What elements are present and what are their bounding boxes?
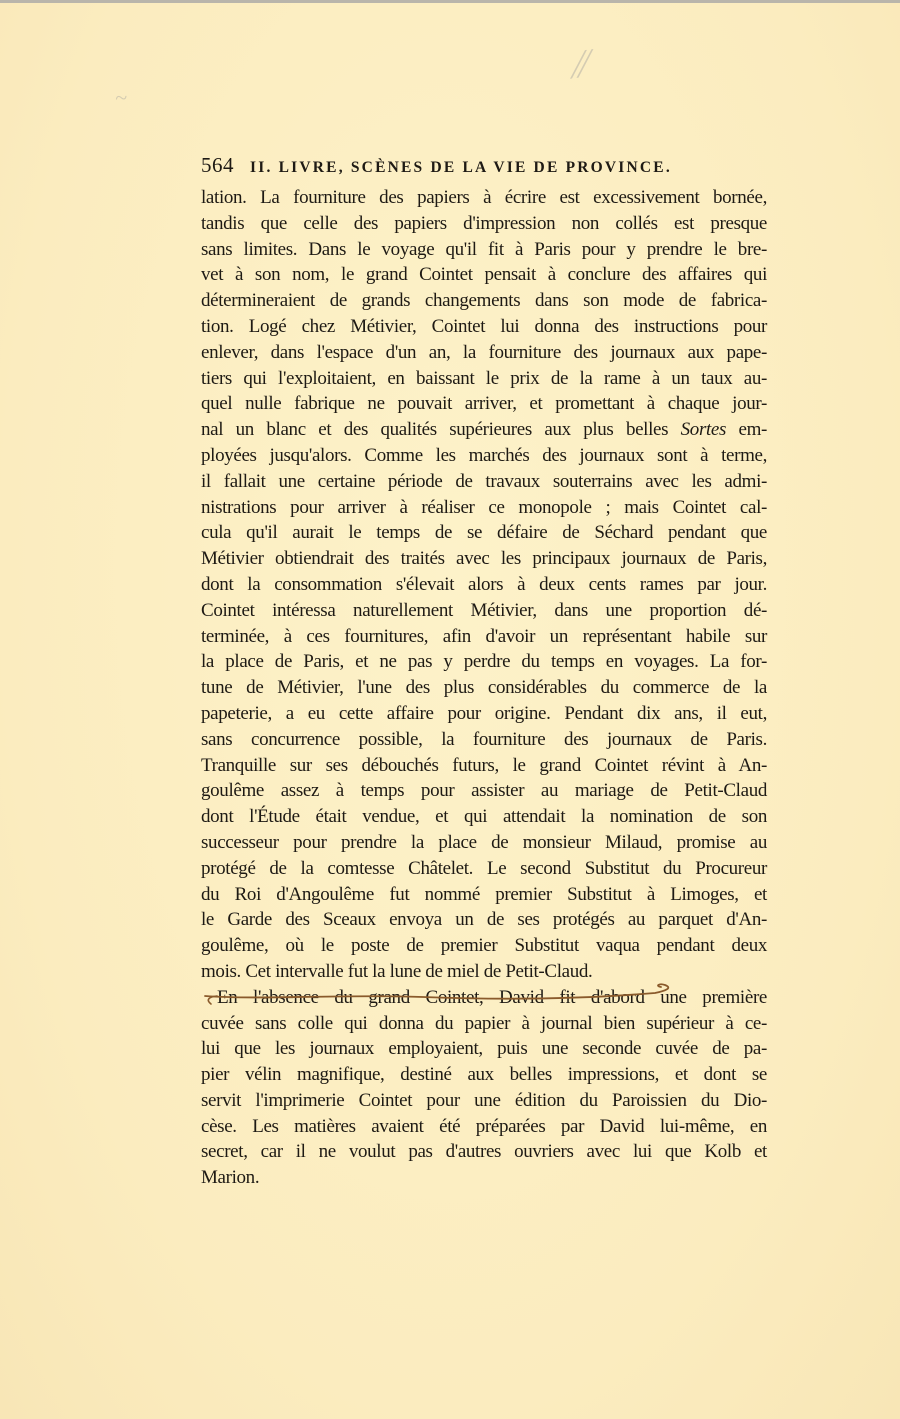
text-line: Métivier obtiendrait des traités avec le… — [201, 546, 767, 572]
page-number: 564 — [201, 153, 234, 178]
text-line: En l'absence du grand Cointet, David fit… — [201, 985, 767, 1011]
text-line: Tranquille sur ses débouchés futurs, le … — [201, 753, 767, 779]
text-line: goulême assez à temps pour assister au m… — [201, 778, 767, 804]
body-text: lation. La fourniture des papiers à écri… — [201, 185, 767, 1191]
text-line: dont la consommation s'élevait alors à d… — [201, 572, 767, 598]
text-line: dont l'Étude était vendue, et qui attend… — [201, 804, 767, 830]
text-line: pier vélin magnifique, destiné aux belle… — [201, 1062, 767, 1088]
pencil-bleed-through-mark: ⁄∕ — [572, 39, 592, 87]
text-segment: nal un blanc et des qualités supérieures… — [201, 419, 681, 440]
paragraph-2: En l'absence du grand Cointet, David fit… — [201, 985, 767, 1191]
text-line: nal un blanc et des qualités supérieures… — [201, 417, 767, 443]
book-page: ⁄∕ ~ 564 II. LIVRE, SCÈNES DE LA VIE DE … — [0, 0, 900, 1419]
text-line: enlever, dans l'espace d'un an, la fourn… — [201, 340, 767, 366]
text-line: le Garde des Sceaux envoya un de ses pro… — [201, 907, 767, 933]
text-line: papeterie, a eu cette affaire pour origi… — [201, 701, 767, 727]
text-line: protégé de la comtesse Châtelet. Le seco… — [201, 856, 767, 882]
text-line: sans concurrence possible, la fourniture… — [201, 727, 767, 753]
text-line: tune de Métivier, l'une des plus considé… — [201, 675, 767, 701]
page-header: 564 II. LIVRE, SCÈNES DE LA VIE DE PROVI… — [201, 153, 721, 183]
text-line: la place de Paris, et ne pas y perdre du… — [201, 649, 767, 675]
text-line: cuvée sans colle qui donna du papier à j… — [201, 1011, 767, 1037]
text-line: sans limites. Dans le voyage qu'il fit à… — [201, 237, 767, 263]
text-line: tiers qui l'exploitaient, en baissant le… — [201, 366, 767, 392]
running-head: II. LIVRE, SCÈNES DE LA VIE DE PROVINCE. — [250, 159, 672, 177]
text-line: lation. La fourniture des papiers à écri… — [201, 185, 767, 211]
text-line: terminée, à ces fournitures, afin d'avoi… — [201, 624, 767, 650]
text-line: ployées jusqu'alors. Comme les marchés d… — [201, 443, 767, 469]
text-line: détermineraient de grands changements da… — [201, 288, 767, 314]
text-segment: em- — [726, 419, 767, 440]
text-line: servit l'imprimerie Cointet pour une édi… — [201, 1088, 767, 1114]
text-line: goulême, où le poste de premier Substitu… — [201, 933, 767, 959]
text-line: mois. Cet intervalle fut la lune de miel… — [201, 959, 767, 985]
pencil-bleed-through-mark: ~ — [115, 85, 127, 111]
text-line: il fallait une certaine période de trava… — [201, 469, 767, 495]
text-line: tion. Logé chez Métivier, Cointet lui do… — [201, 314, 767, 340]
scan-top-edge — [0, 0, 900, 3]
text-line: tandis que celle des papiers d'impressio… — [201, 211, 767, 237]
text-line: nistrations pour arriver à réaliser ce m… — [201, 495, 767, 521]
text-line: cèse. Les matières avaient été préparées… — [201, 1114, 767, 1140]
text-line: lui que les journaux employaient, puis u… — [201, 1036, 767, 1062]
text-line: vet à son nom, le grand Cointet pensait … — [201, 262, 767, 288]
text-line: Marion. — [201, 1165, 767, 1191]
text-line: secret, car il ne voulut pas d'autres ou… — [201, 1139, 767, 1165]
paragraph-1: lation. La fourniture des papiers à écri… — [201, 185, 767, 985]
text-line: Cointet intéressa naturellement Métivier… — [201, 598, 767, 624]
text-line: du Roi d'Angoulême fut nommé premier Sub… — [201, 882, 767, 908]
italic-word: Sortes — [681, 419, 726, 440]
text-line: cula qu'il aurait le temps de se défaire… — [201, 520, 767, 546]
text-line: quel nulle fabrique ne pouvait arriver, … — [201, 391, 767, 417]
text-line: successeur pour prendre la place de mons… — [201, 830, 767, 856]
